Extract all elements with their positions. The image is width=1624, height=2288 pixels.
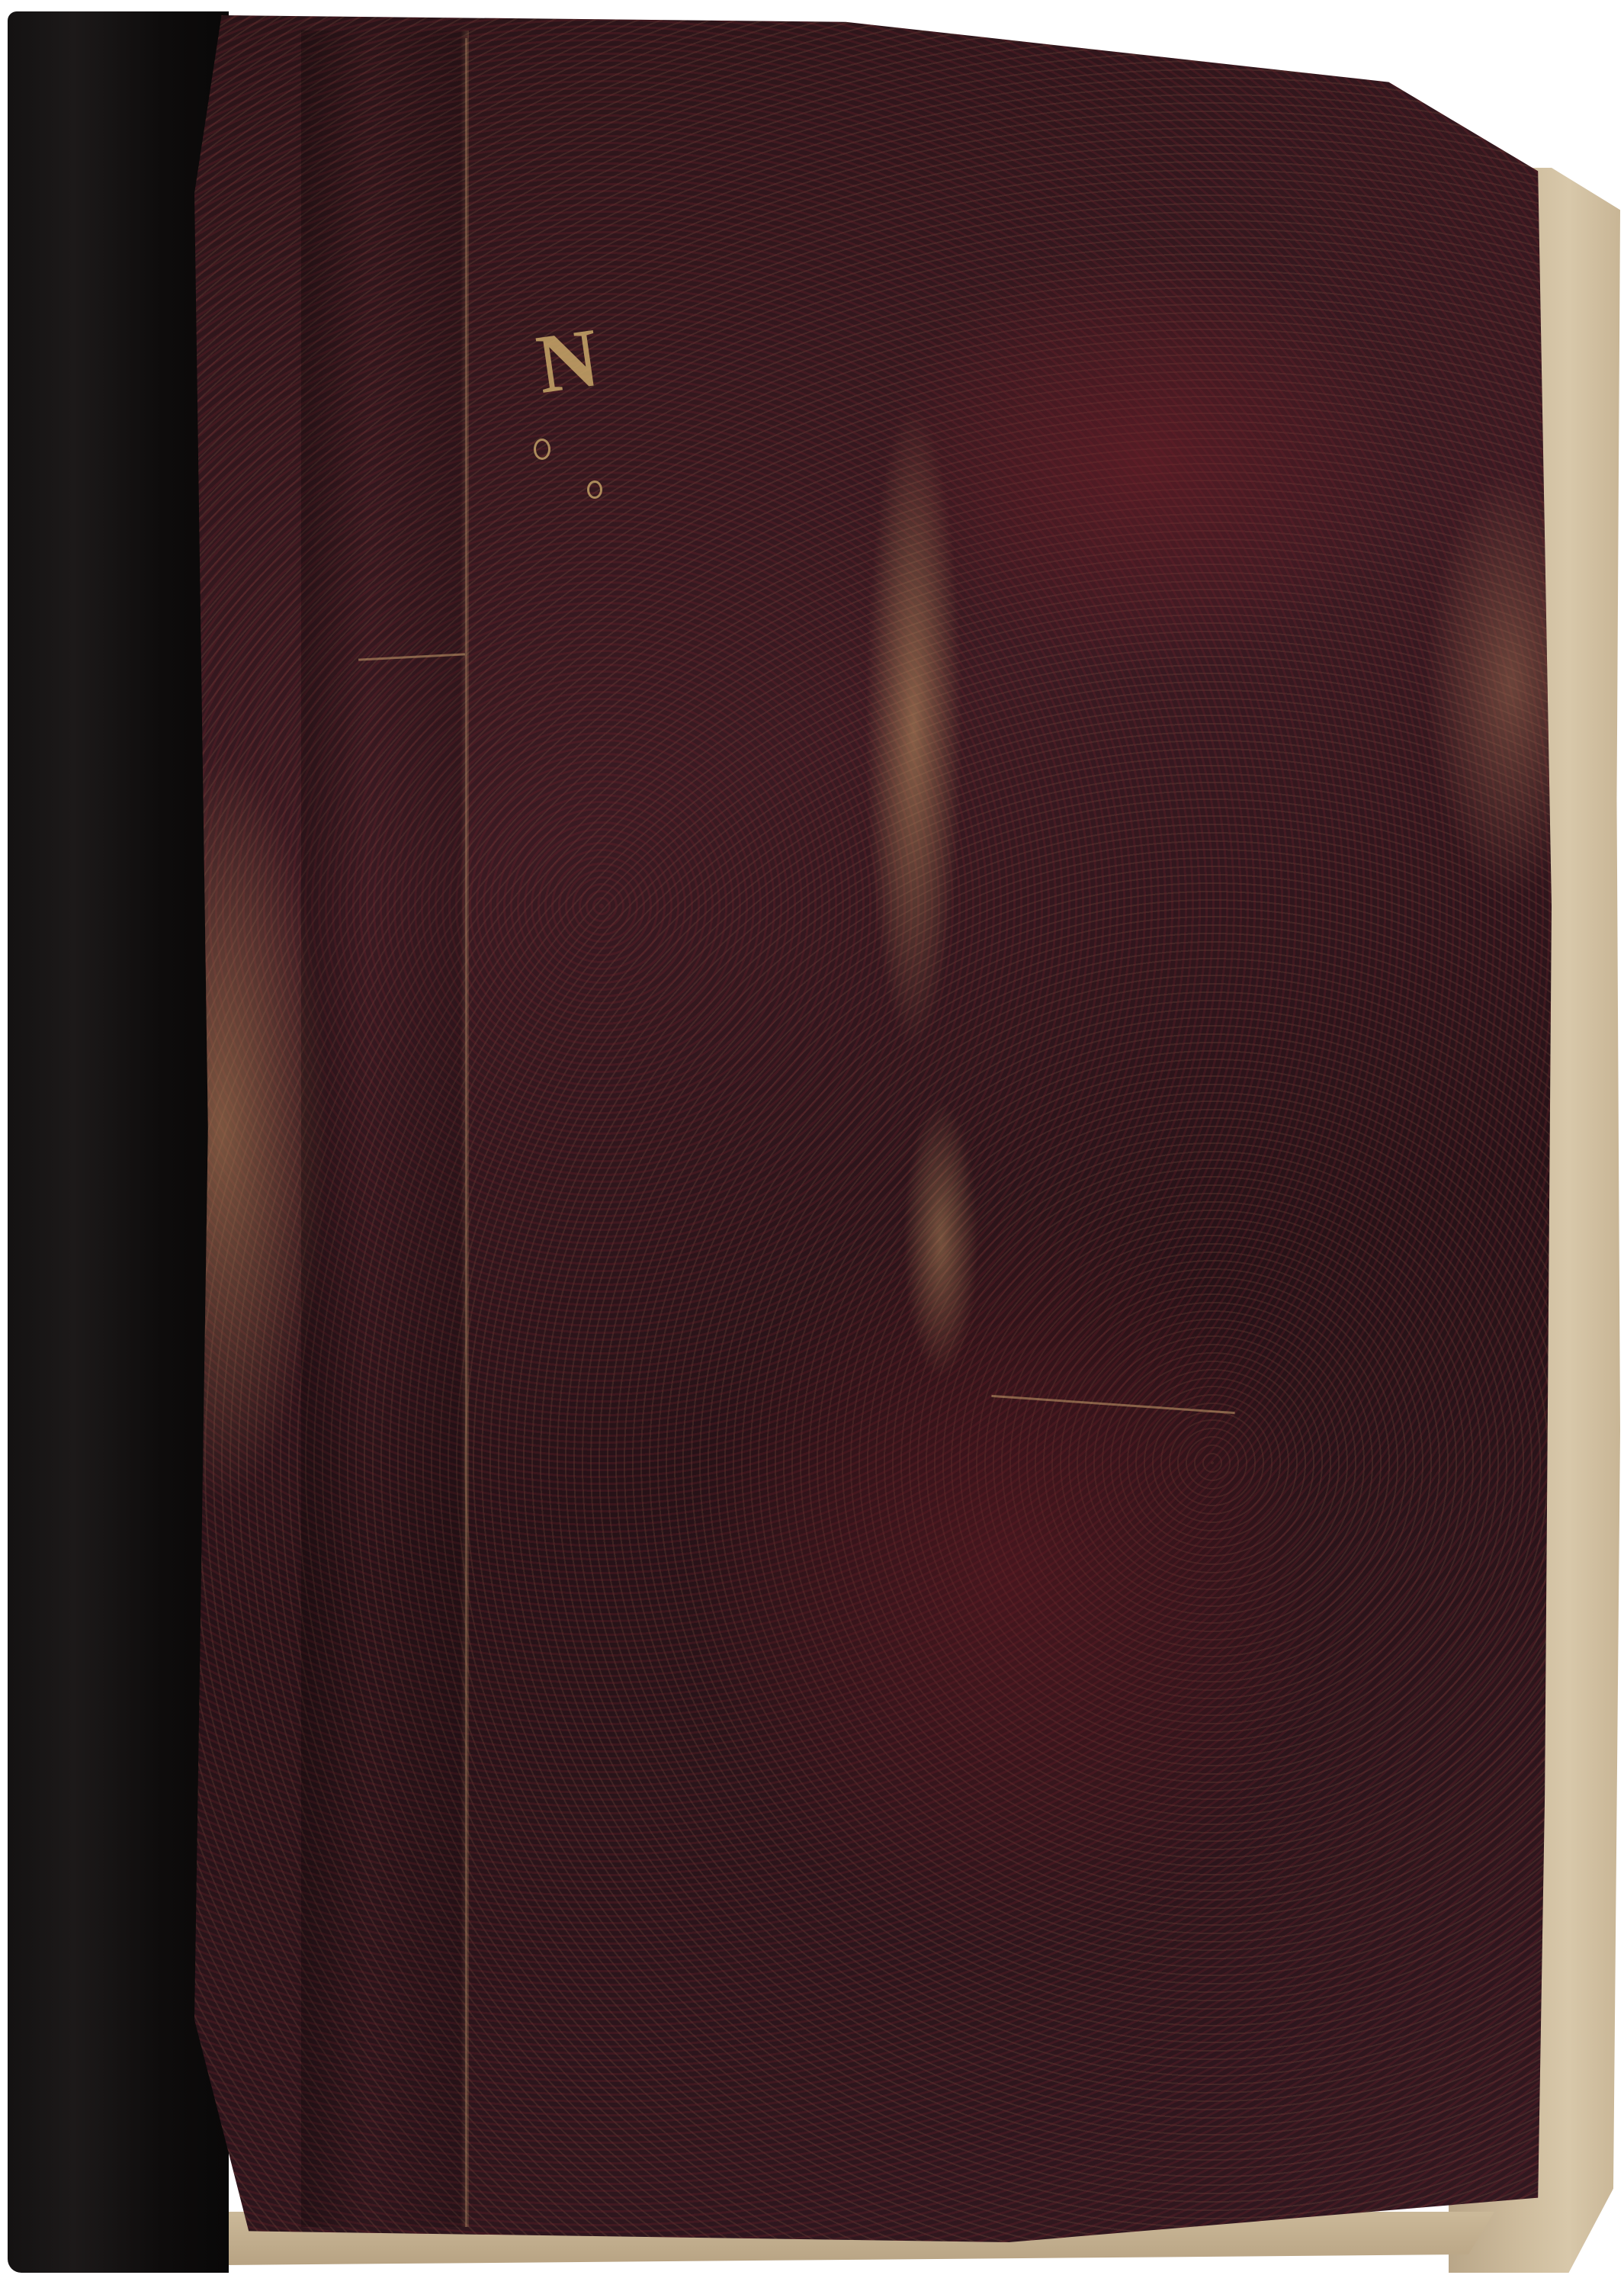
cover-hinge xyxy=(301,31,469,2227)
hinge-crease xyxy=(465,38,467,2227)
book: N xyxy=(0,0,1624,2288)
book-spine xyxy=(8,11,229,2273)
cover-wear-spot xyxy=(587,480,602,499)
cover-wear-spot xyxy=(534,439,550,460)
